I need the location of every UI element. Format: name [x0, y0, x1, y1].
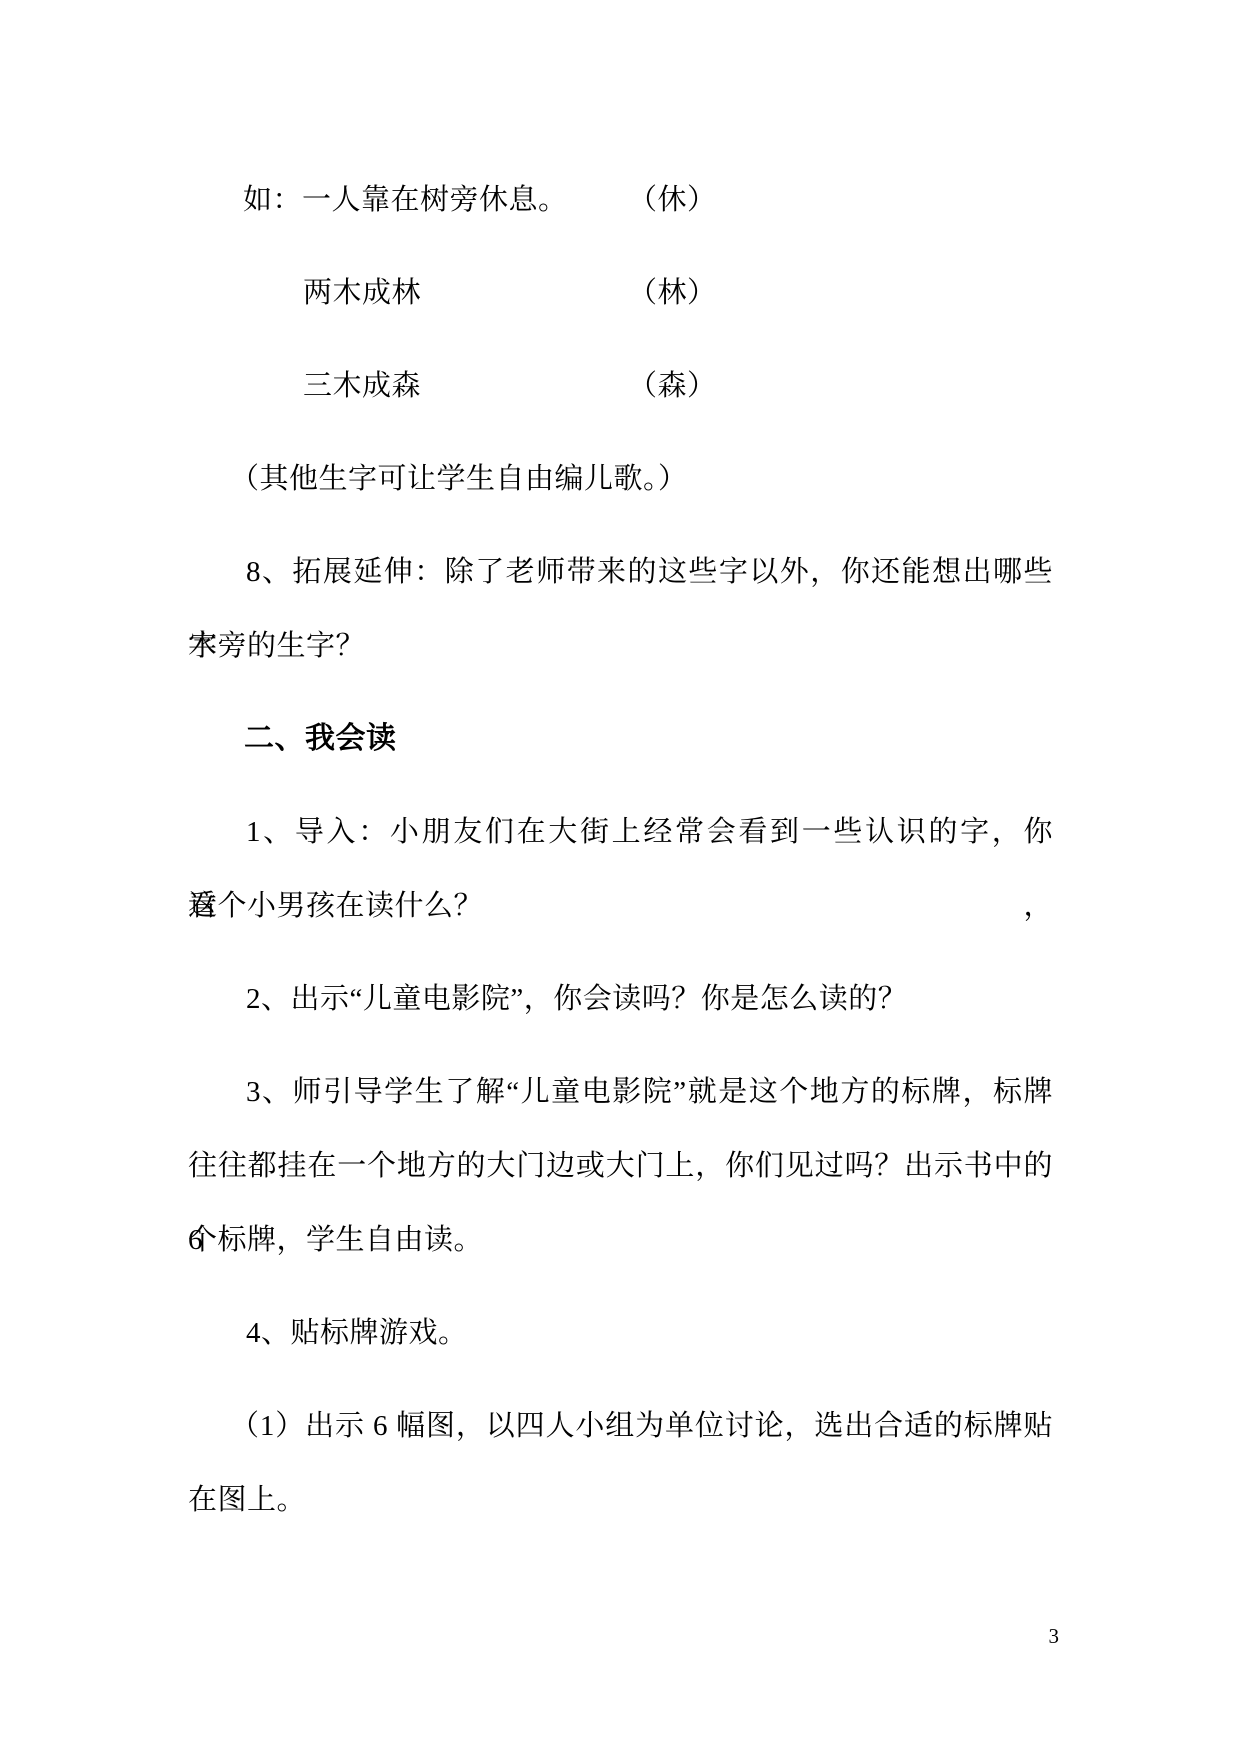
example-answer: （森） — [628, 349, 717, 423]
example-line: 如：一人靠在树旁休息。 （休） — [188, 163, 1053, 237]
example-text: 如：一人靠在树旁休息。 — [188, 163, 568, 237]
example-answer: （林） — [628, 256, 717, 330]
example-line: 两木成林 （林） — [188, 256, 1053, 330]
example-text: 两木成林 — [188, 256, 421, 330]
text-column: 如：一人靠在树旁休息。 （休） 两木成林 （林） 三木成森 （森） （其他生字可… — [188, 163, 1053, 1537]
paragraph-line: 在图上。 — [188, 1463, 1053, 1537]
paragraph-line: 个标牌，学生自由读。 — [188, 1203, 1053, 1277]
note-line: （其他生字可让学生自由编儿歌。） — [188, 442, 1053, 516]
paragraph-line: （1）出示 6 幅图，以四人小组为单位讨论，选出合适的标牌贴 — [188, 1389, 1053, 1463]
paragraph-line: 8、拓展延伸：除了老师带来的这些字以外，你还能想出哪些木 — [188, 535, 1053, 609]
paragraph-line: 1、导入：小朋友们在大街上经常会看到一些认识的字，你看， — [188, 795, 1053, 869]
document-page: 如：一人靠在树旁休息。 （休） 两木成林 （林） 三木成森 （森） （其他生字可… — [0, 0, 1241, 1754]
example-answer: （休） — [628, 163, 717, 237]
section-heading: 二、我会读 — [188, 702, 1053, 776]
page-number: 3 — [1049, 1622, 1060, 1650]
paragraph-line: 4、贴标牌游戏。 — [188, 1296, 1053, 1370]
paragraph-line: 2、出示“儿童电影院”，你会读吗？你是怎么读的？ — [188, 962, 1053, 1036]
example-line: 三木成森 （森） — [188, 349, 1053, 423]
paragraph-line: 往往都挂在一个地方的大门边或大门上，你们见过吗？出示书中的 6 — [188, 1129, 1053, 1203]
example-text: 三木成森 — [188, 349, 421, 423]
paragraph-line: 字旁的生字？ — [188, 609, 1053, 683]
paragraph-line: 3、师引导学生了解“儿童电影院”就是这个地方的标牌，标牌 — [188, 1055, 1053, 1129]
